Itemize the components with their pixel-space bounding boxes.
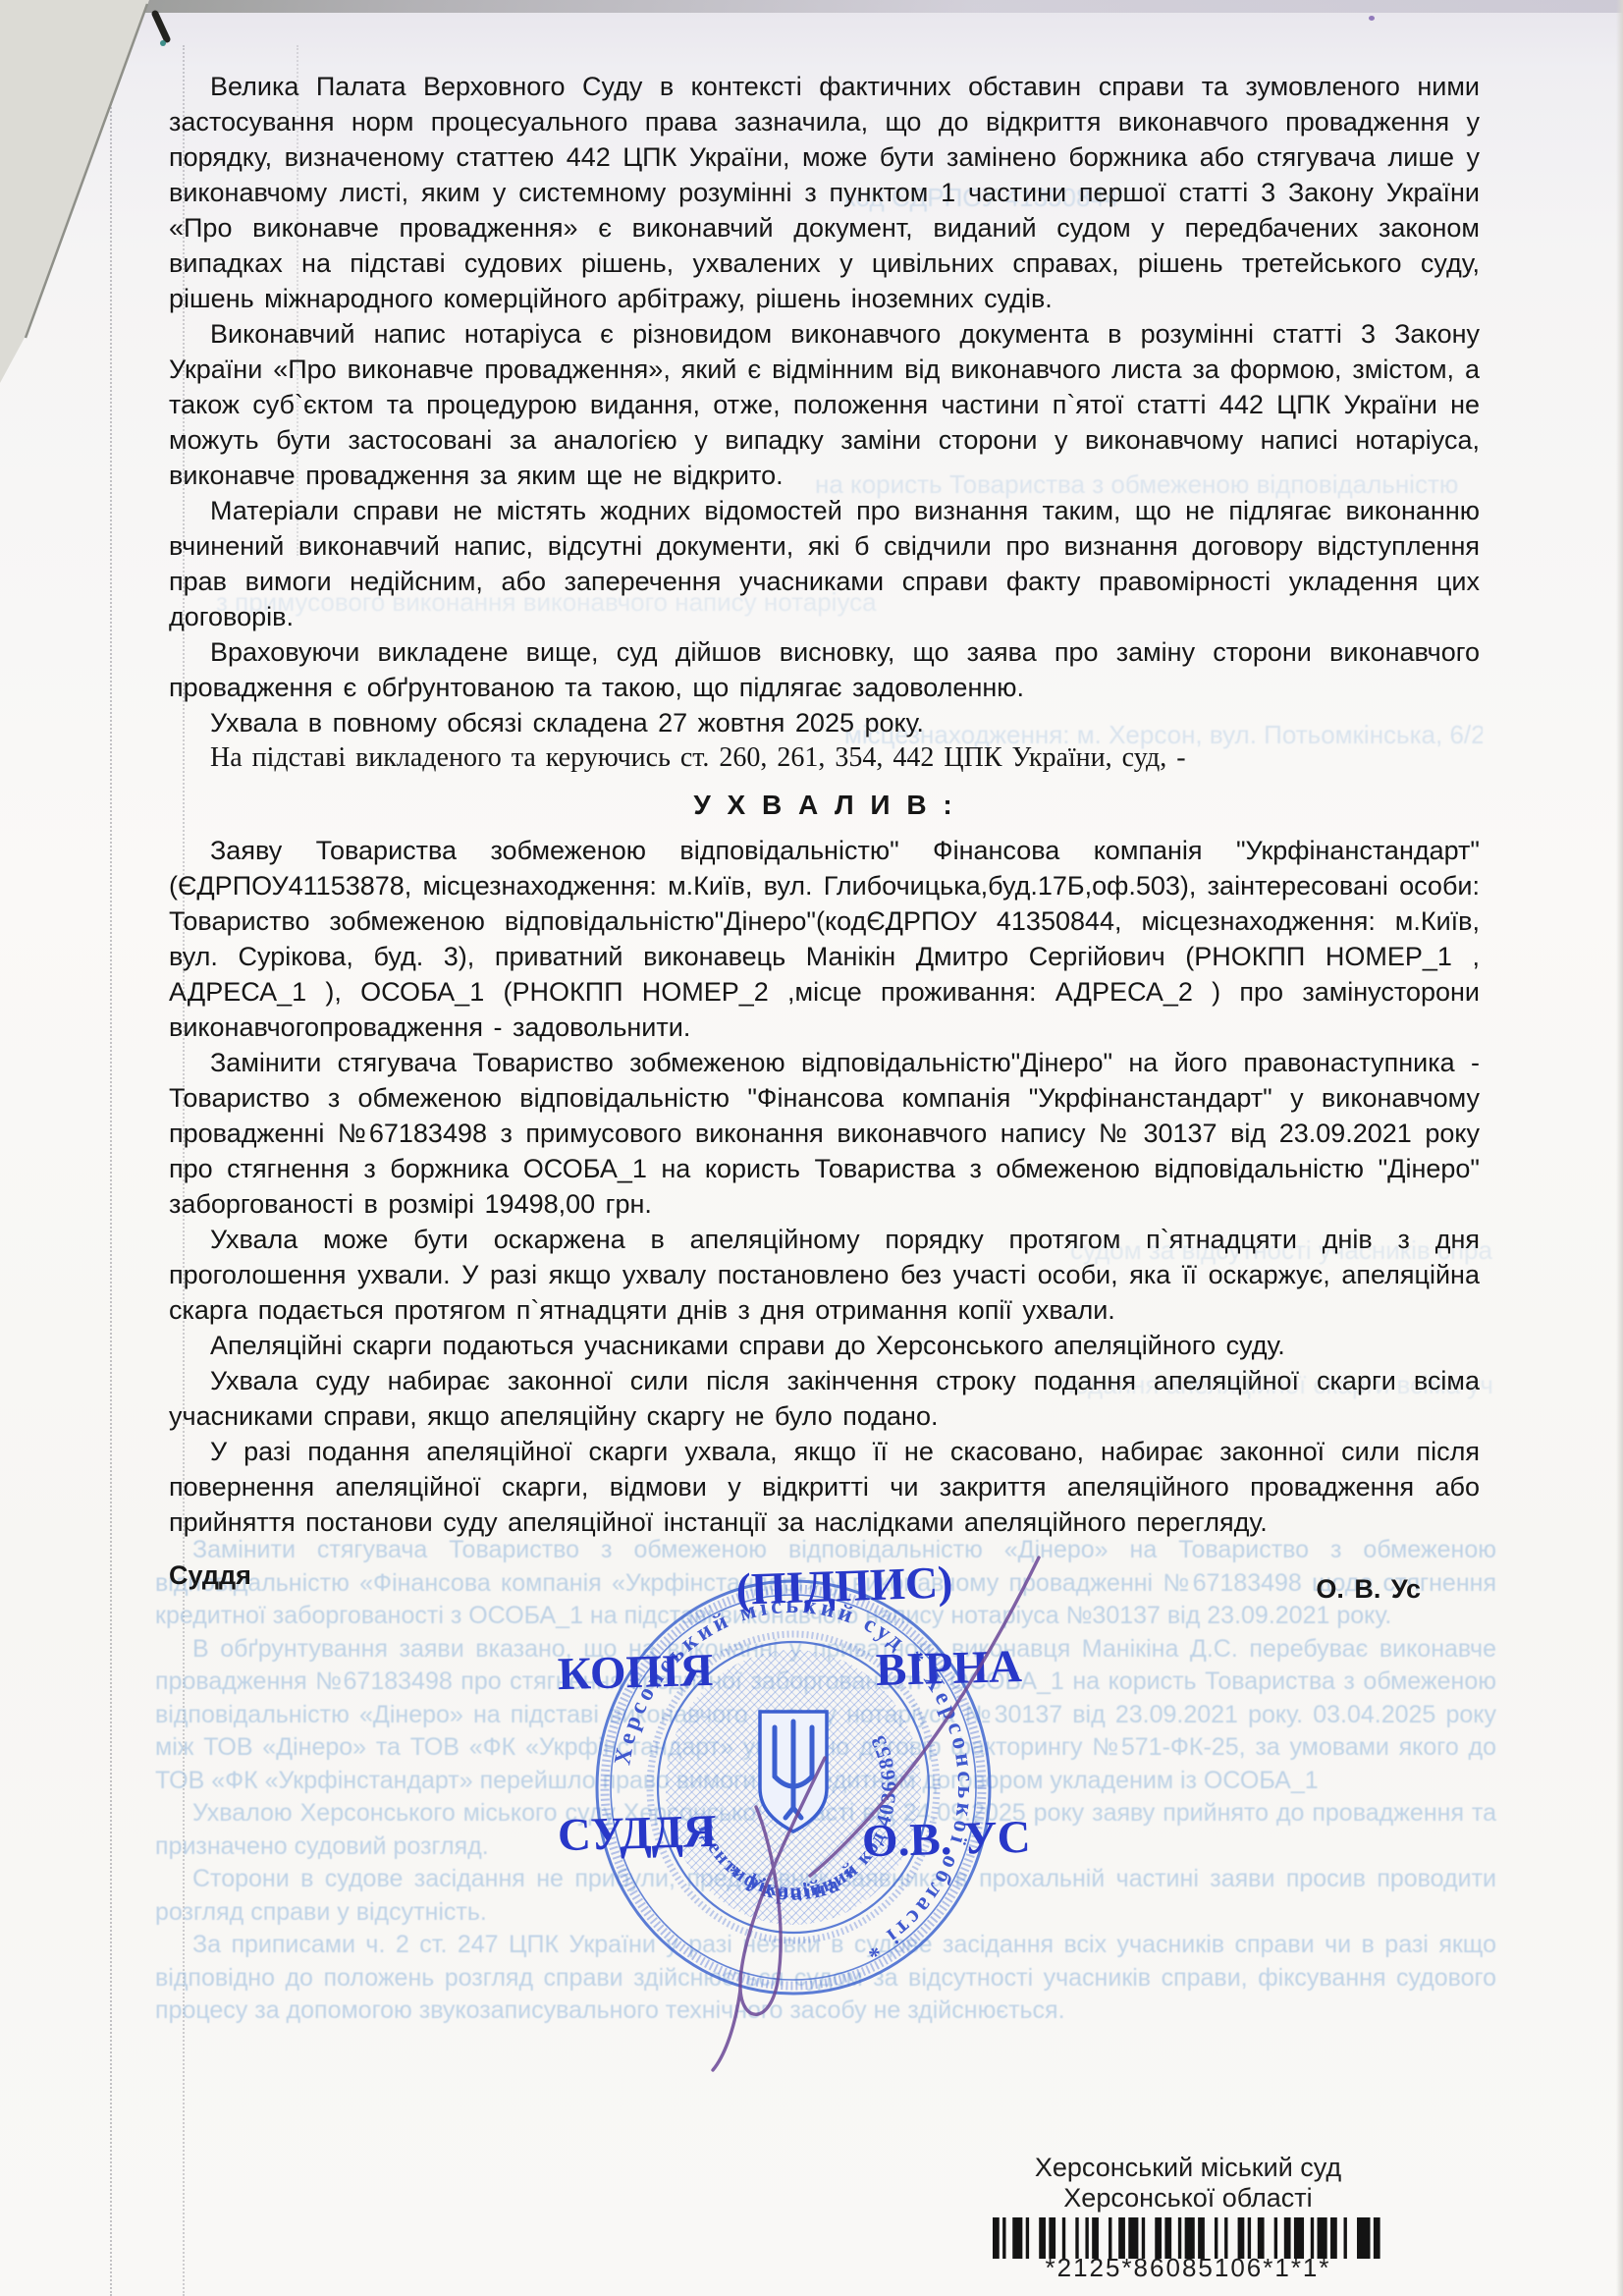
paragraph: Велика Палата Верховного Суду в контекст…: [169, 69, 1480, 316]
ruling-heading: У Х В А Л И В :: [169, 788, 1480, 823]
paragraph: Ухвала суду набирає законної сили після …: [169, 1363, 1480, 1434]
certification-stamp: Херсонський міський суд * Херсонської об…: [530, 1520, 1159, 2080]
paragraph: Враховуючи викладене вище, суд дійшов ви…: [169, 634, 1480, 705]
pen-signature-stroke: [530, 1520, 1159, 2080]
paragraph: Ухвала в повному обсязі складена 27 жовт…: [169, 705, 1480, 740]
scanned-court-ruling-page: { "doc": { "paragraphs": [ "Велика Палат…: [0, 0, 1623, 2296]
paragraph: Замінити стягувача Товариство зобмеженою…: [169, 1045, 1480, 1222]
paragraph: Ухвала може бути оскаржена в апеляційном…: [169, 1222, 1480, 1328]
paragraph: Матеріали справи не містять жодних відом…: [169, 493, 1480, 634]
document-body: Велика Палата Верховного Суду в контекст…: [0, 0, 1623, 1593]
paragraph: На підставі викладеного та керуючись ст.…: [169, 740, 1480, 776]
footer-block: Херсонський міський суд Херсонської обла…: [957, 2153, 1419, 2283]
paragraph: Заяву Товариства зобмеженою відповідальн…: [169, 833, 1480, 1045]
footer-court-line1: Херсонський міський суд: [957, 2153, 1419, 2183]
footer-court-line2: Херсонської області: [957, 2183, 1419, 2214]
paragraph: Виконавчий напис нотаріуса є різновидом …: [169, 316, 1480, 493]
judge-name: О. В. Ус: [1316, 1571, 1421, 1607]
paragraph: Апеляційні скарги подаються учасниками с…: [169, 1328, 1480, 1363]
judge-label: Суддя: [169, 1558, 251, 1593]
